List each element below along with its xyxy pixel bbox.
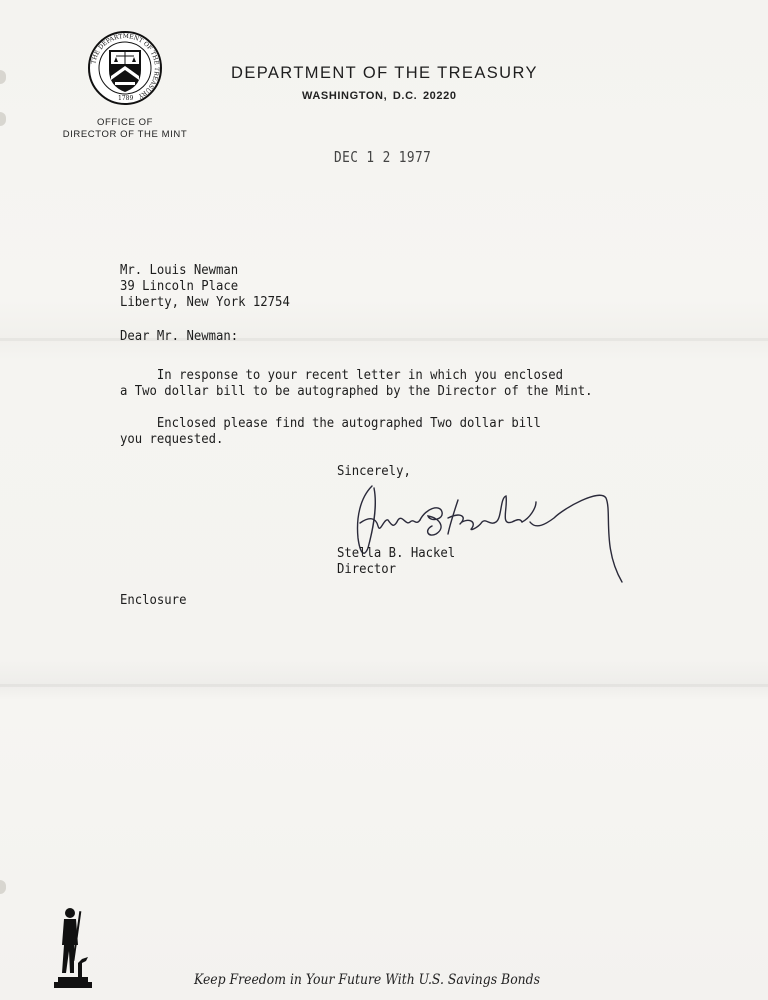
department-title: DEPARTMENT OF THE TREASURY (231, 64, 538, 83)
department-address: WASHINGTON, D.C. 20220 (302, 90, 457, 102)
recipient-city: Liberty, New York 12754 (120, 295, 290, 311)
office-of-director: OFFICE OF DIRECTOR OF THE MINT (40, 117, 210, 141)
signer-name: Stella B. Hackel (337, 546, 455, 562)
hole-punch-mark (0, 112, 6, 126)
salutation: Dear Mr. Newman: (120, 329, 238, 345)
body-paragraph-1: In response to your recent letter in whi… (120, 368, 593, 400)
paper-fold (0, 684, 768, 687)
minuteman-statue-icon (50, 905, 94, 990)
body-paragraph-2: Enclosed please find the autographed Two… (120, 416, 541, 448)
recipient-street: 39 Lincoln Place (120, 279, 290, 295)
treasury-seal-icon: THE DEPARTMENT OF THE TREASURY 1789 (87, 30, 163, 106)
date-stamp: DEC 1 2 1977 (334, 148, 431, 166)
signer-title: Director (337, 562, 455, 578)
signer-block: Stella B. HackelDirector (337, 546, 455, 578)
hole-punch-mark (0, 880, 6, 894)
office-line-2: DIRECTOR OF THE MINT (40, 129, 210, 141)
paper-fold (0, 338, 768, 341)
letter-page: THE DEPARTMENT OF THE TREASURY 1789 OFFI… (0, 0, 768, 1000)
recipient-address: Mr. Louis Newman39 Lincoln PlaceLiberty,… (120, 263, 290, 311)
recipient-name: Mr. Louis Newman (120, 263, 290, 279)
footer-slogan: Keep Freedom in Your Future With U.S. Sa… (194, 972, 540, 988)
office-line-1: OFFICE OF (40, 117, 210, 129)
svg-text:1789: 1789 (118, 95, 133, 102)
enclosure-note: Enclosure (120, 593, 186, 609)
hole-punch-mark (0, 70, 6, 84)
